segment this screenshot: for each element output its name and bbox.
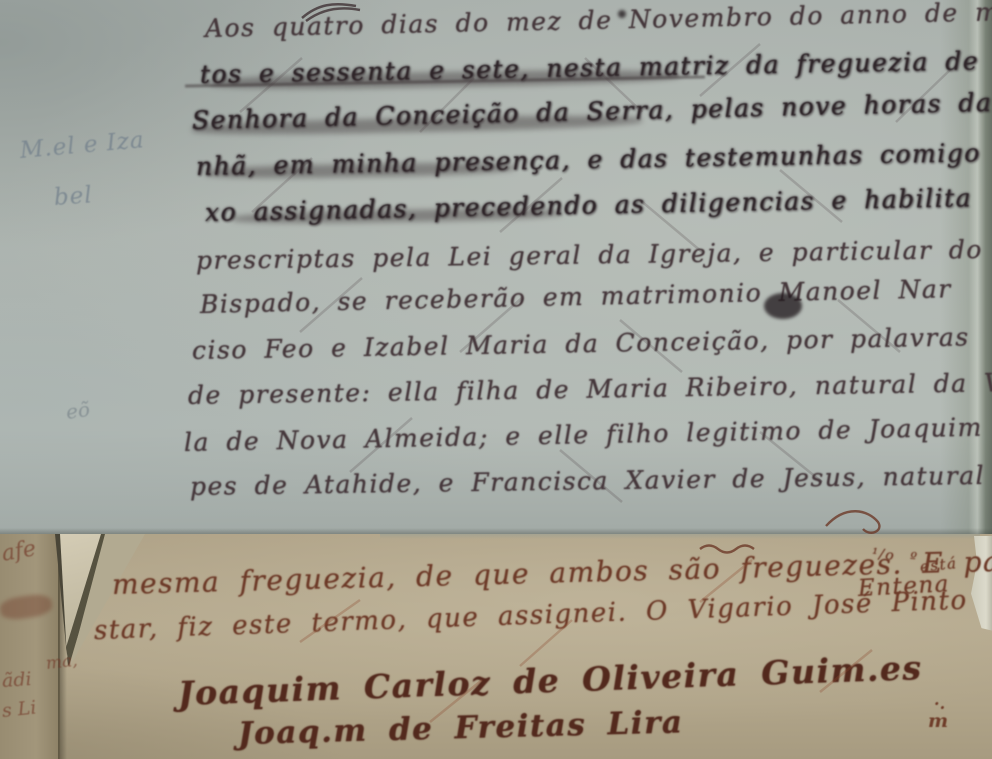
manuscript-line-10: la de Nova Almeida; e elle filho legitim… [184,412,992,457]
margin-note-names-2: bel [53,182,93,211]
ink-dot [618,10,626,18]
bottom-page-fragment: mesma freguezia, de que ambos são fregue… [0,534,992,759]
manuscript-line-1: Aos quatro dias do mez de Novembro do an… [205,0,992,43]
top-page-fragment: M.el e Iza bel eõ Aos quatro dias do mez… [0,0,992,534]
top-page-right-edge [940,0,992,534]
manuscript-line-7: Bispado, se receberão em matrimonio Mano… [200,274,952,319]
margin-note-names: M.el e Iza [19,127,146,164]
manuscript-scan: M.el e Iza bel eõ Aos quatro dias do mez… [0,0,992,759]
manuscript-line-6: prescriptas pela Lei geral da Igreja, e … [196,235,983,275]
corner-mark-letter: m [928,710,948,732]
overlap-shadow [380,534,980,539]
signature-1: Joaquim Carloz de Oliveira Guim.es [177,648,923,713]
ink-blot [764,293,802,319]
signature-2: Joaq.m de Freitas Lira [238,704,684,752]
manuscript-line-8: ciso Feo e Izabel Maria da Conceição, po… [192,322,970,365]
faint-margin-note: eõ [64,397,91,424]
edge-text-fragment: ma, [45,651,79,674]
manuscript-line-11: pes de Atahide, e Francisca Xavier de Je… [190,461,985,501]
manuscript-line-9: de presente: ella filha de Maria Ribeiro… [188,368,992,410]
edge-text-fragment: s Li [1,696,38,721]
underlying-page-strip [0,534,60,759]
edge-text-fragment: ãdi [1,668,32,692]
margin-note: Entena [857,571,950,602]
